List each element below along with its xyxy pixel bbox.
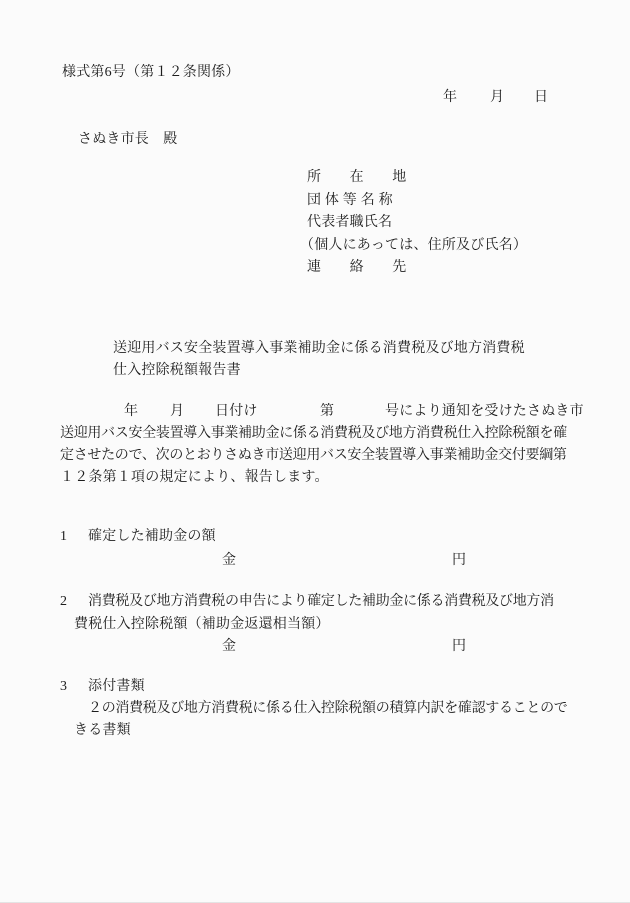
notice-month-label: 月 [170,402,184,421]
item-3-description-line-2: きる書類 [74,721,131,740]
notice-number-prefix: 第 [320,402,334,421]
document-page: 様式第6号（第１２条関係） 年 月 日 さぬき市長 殿 所 在 地 団 体 等 … [0,0,630,903]
item-1-amount-suffix: 円 [452,551,466,570]
item-2-amount-suffix: 円 [452,637,466,656]
item-1-amount-prefix: 金 [222,551,236,570]
item-1-heading: 確定した補助金の額 [88,527,216,546]
notice-number-rest: 号により通知を受けたさぬき市 [385,402,584,421]
form-number-label: 様式第6号（第１２条関係） [62,63,240,82]
item-1-number: 1 [60,527,67,546]
item-2-number: 2 [60,592,67,611]
opening-line-3: 定させたので、次のとおりさぬき市送迎用バス安全装置導入事業補助金交付要綱第 [60,446,567,465]
notice-day-label: 日付け [215,402,258,421]
sender-address-label: 所 在 地 [307,168,406,187]
addressee: さぬき市長 殿 [78,130,177,149]
document-title-line-2: 仕入控除税額報告書 [113,361,241,380]
notice-year-label: 年 [124,402,138,421]
day-label: 日 [534,88,548,107]
item-2-amount-prefix: 金 [222,637,236,656]
year-label: 年 [443,88,457,107]
sender-contact-label: 連 絡 先 [307,258,406,277]
item-2-heading-line-2: 費税仕入控除税額（補助金返還相当額） [74,615,330,634]
month-label: 月 [490,88,504,107]
sender-org-name-label: 団 体 等 名 称 [307,191,393,210]
item-2-heading-line-1: 消費税及び地方消費税の申告により確定した補助金に係る消費税及び地方消 [88,592,554,611]
document-title-line-1: 送迎用バス安全装置導入事業補助金に係る消費税及び地方消費税 [113,339,525,358]
sender-individual-note: （個人にあっては、住所及び氏名） [300,236,527,255]
sender-representative-label: 代表者職氏名 [307,213,392,232]
opening-line-2: 送迎用バス安全装置導入事業補助金に係る消費税及び地方消費税仕入控除税額を確 [60,424,567,443]
opening-line-4: １２条第１項の規定により、報告します。 [60,468,329,487]
item-3-heading: 添付書類 [88,677,145,696]
item-3-description-line-1: ２の消費税及び地方消費税に係る仕入控除税額の積算内訳を確認することので [88,699,568,718]
item-3-number: 3 [60,677,67,696]
